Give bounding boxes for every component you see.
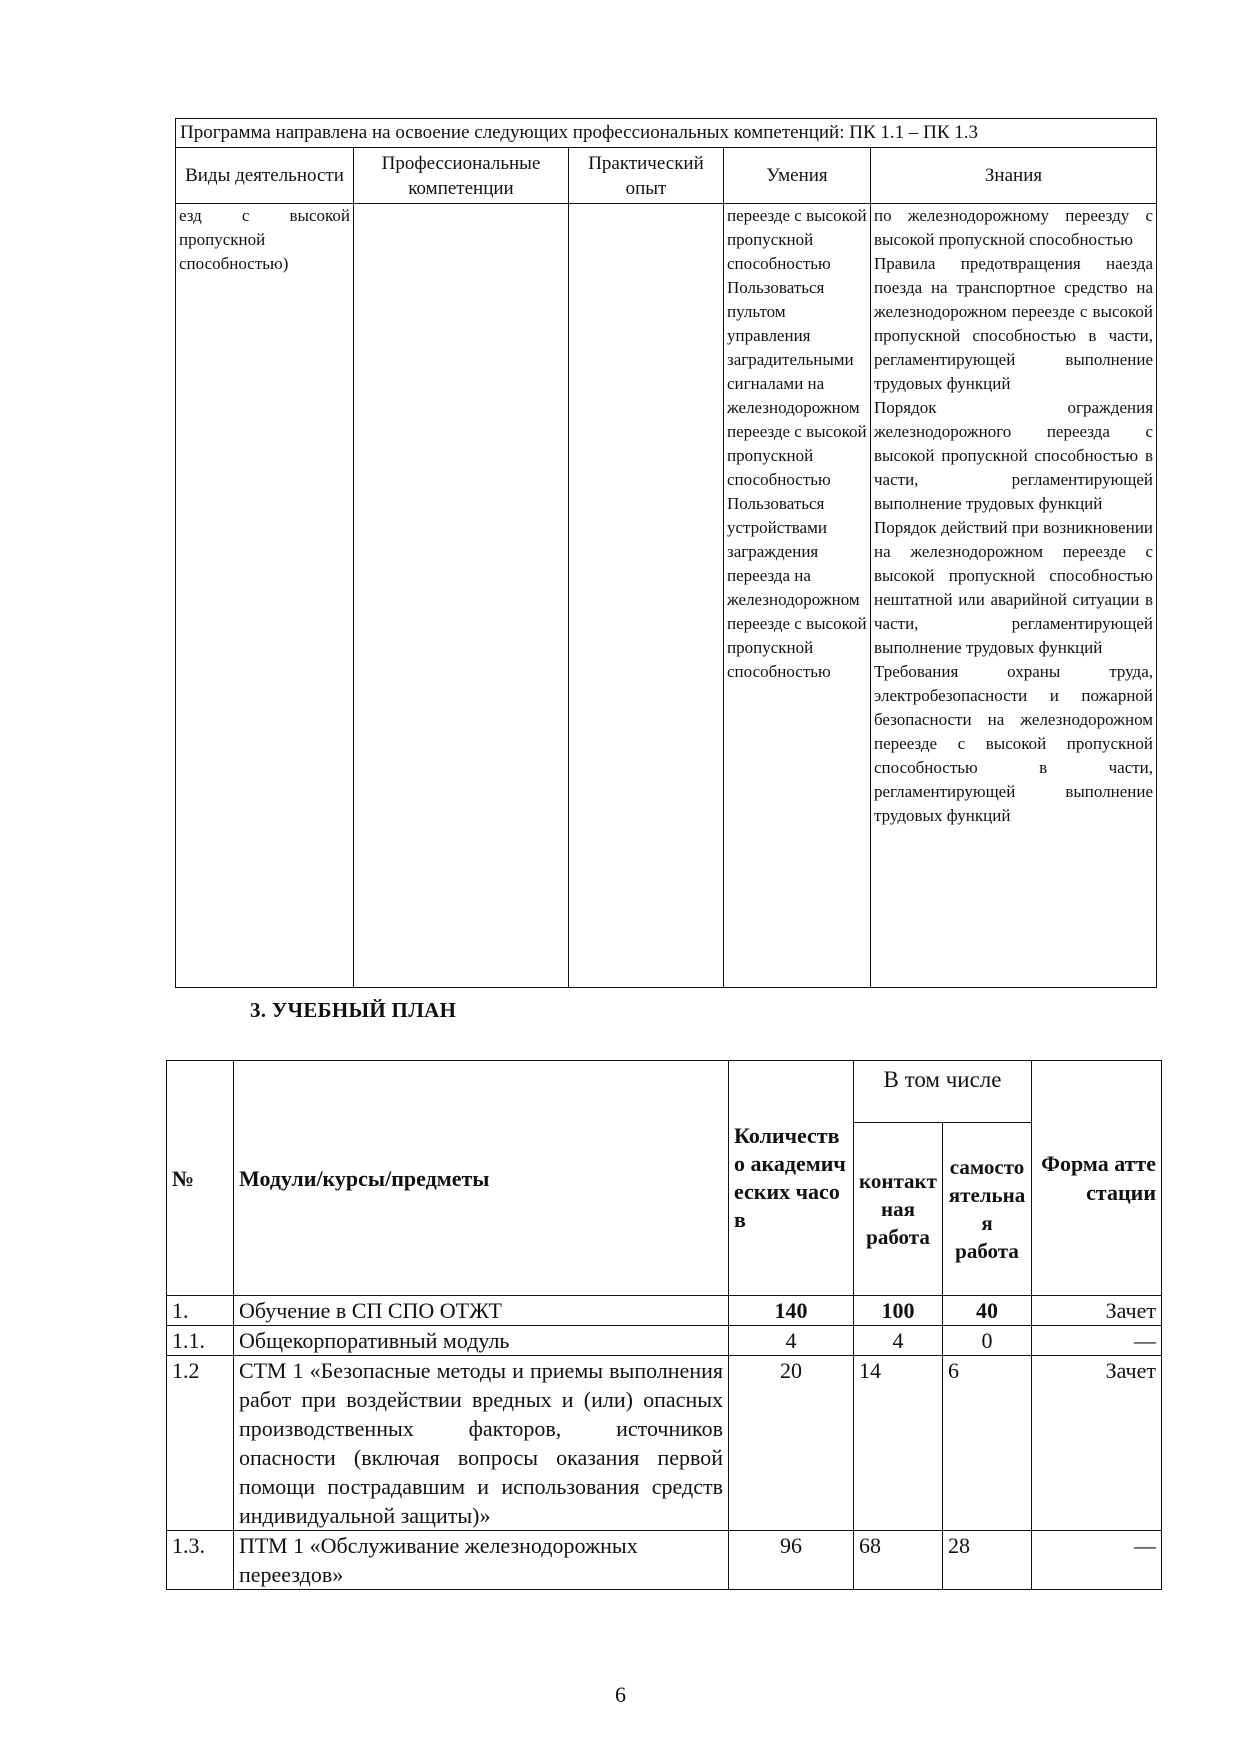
activity-cell: езд с высокой пропускной способностью) — [176, 204, 354, 988]
header-activity: Виды деятельности — [176, 148, 354, 204]
header-experience: Практический опыт — [569, 148, 724, 204]
table-row: 1.2 СТМ 1 «Безопасные методы и приемы вы… — [167, 1356, 1162, 1531]
section-title: 3. УЧЕБНЫЙ ПЛАН — [250, 998, 456, 1023]
knowledge-item: Правила предотвращения наезда поезда на … — [874, 252, 1153, 396]
knowledge-item: Порядок ограждения железнодорожного пере… — [874, 396, 1153, 516]
competency-table: Программа направлена на освоение следующ… — [175, 118, 1157, 988]
header-number: № — [167, 1061, 234, 1296]
header-independent: самостоятельная работа — [943, 1123, 1032, 1296]
row-contact: 4 — [854, 1326, 943, 1356]
row-hours: 140 — [729, 1296, 854, 1326]
row-number: 1.2 — [167, 1356, 234, 1531]
row-contact: 68 — [854, 1531, 943, 1590]
row-independent: 40 — [943, 1296, 1032, 1326]
header-modules: Модули/курсы/предметы — [234, 1061, 729, 1296]
curriculum-table: № Модули/курсы/предметы Количество акаде… — [166, 1060, 1162, 1590]
row-independent: 6 — [943, 1356, 1032, 1531]
row-name: ПТМ 1 «Обслуживание железнодорожных пере… — [234, 1531, 729, 1590]
row-hours: 96 — [729, 1531, 854, 1590]
table-row: 1.1. Общекорпоративный модуль 4 4 0 — — [167, 1326, 1162, 1356]
header-skills: Умения — [724, 148, 871, 204]
row-independent: 0 — [943, 1326, 1032, 1356]
table-row: 1.3. ПТМ 1 «Обслуживание железнодорожных… — [167, 1531, 1162, 1590]
row-number: 1.3. — [167, 1531, 234, 1590]
row-contact: 14 — [854, 1356, 943, 1531]
skills-cell: переезде с высокой пропускной способност… — [724, 204, 871, 988]
competencies-cell — [354, 204, 569, 988]
row-contact: 100 — [854, 1296, 943, 1326]
row-name: СТМ 1 «Безопасные методы и приемы выполн… — [234, 1356, 729, 1531]
row-independent: 28 — [943, 1531, 1032, 1590]
experience-cell — [569, 204, 724, 988]
knowledge-item: Требования охраны труда, электробезопасн… — [874, 660, 1153, 828]
header-competencies: Профессиональные компетенции — [354, 148, 569, 204]
row-name: Общекорпоративный модуль — [234, 1326, 729, 1356]
competency-table-title: Программа направлена на освоение следующ… — [176, 119, 1157, 148]
row-name: Обучение в СП СПО ОТЖТ — [234, 1296, 729, 1326]
header-including: В том числе — [854, 1061, 1032, 1123]
row-attestation: — — [1032, 1531, 1162, 1590]
row-number: 1.1. — [167, 1326, 234, 1356]
row-attestation: — — [1032, 1326, 1162, 1356]
table-row: езд с высокой пропускной способностью) п… — [176, 204, 1157, 988]
table-row: 1. Обучение в СП СПО ОТЖТ 140 100 40 Зач… — [167, 1296, 1162, 1326]
knowledge-cell: по железнодорожному переезду с высокой п… — [871, 204, 1157, 988]
row-hours: 20 — [729, 1356, 854, 1531]
page-number: 6 — [0, 1682, 1241, 1708]
header-contact: контактная работа — [854, 1123, 943, 1296]
row-attestation: Зачет — [1032, 1296, 1162, 1326]
knowledge-item: по железнодорожному переезду с высокой п… — [874, 204, 1153, 252]
header-knowledge: Знания — [871, 148, 1157, 204]
header-attestation: Форма аттестации — [1032, 1061, 1162, 1296]
header-hours: Количество академических часов — [729, 1061, 854, 1296]
knowledge-item: Порядок действий при возникновении на же… — [874, 516, 1153, 660]
row-hours: 4 — [729, 1326, 854, 1356]
row-attestation: Зачет — [1032, 1356, 1162, 1531]
row-number: 1. — [167, 1296, 234, 1326]
